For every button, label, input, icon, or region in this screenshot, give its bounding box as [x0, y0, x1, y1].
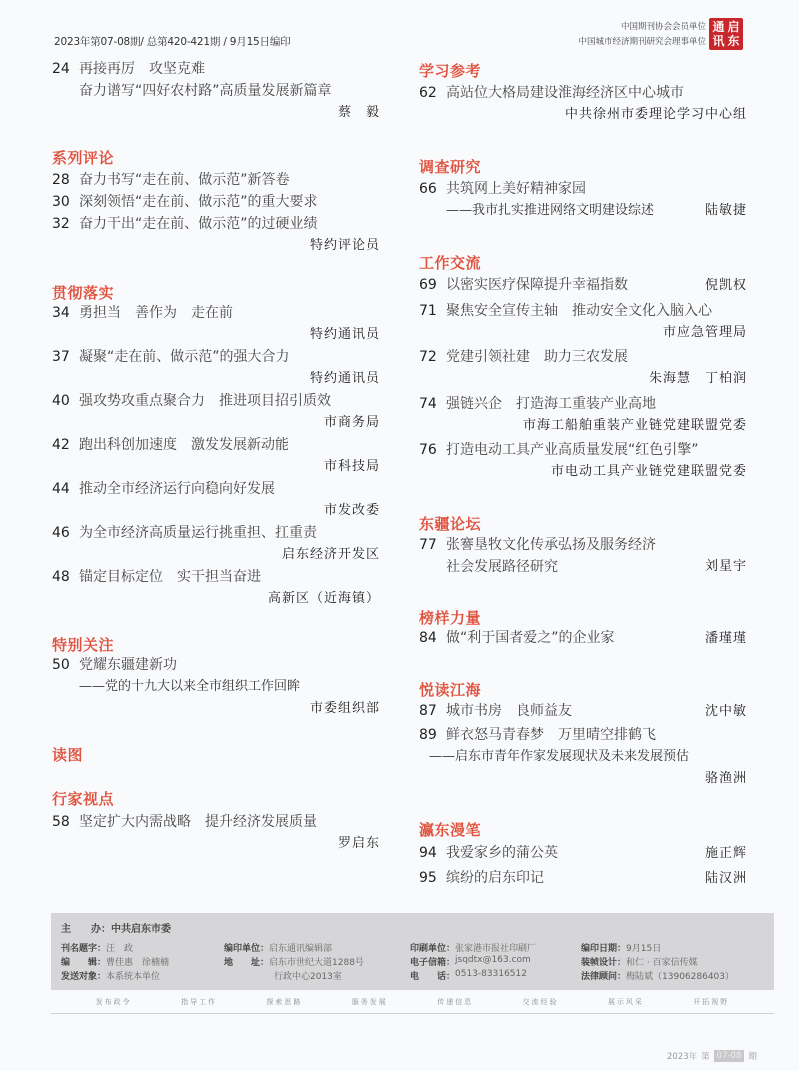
entry-subtitle: ——党的十九大以来全市组织工作回眸 — [79, 676, 300, 698]
section-title: 特别关注 — [52, 634, 114, 655]
toc-entry[interactable]: 37凝聚“走在前、做示范”的强大合力 特约通讯员 — [52, 346, 380, 390]
printer-value: 张家港市报社印刷厂 — [455, 941, 536, 954]
entry-title: 打造电动工具产业高质量发展“红色引擎” — [446, 439, 699, 459]
slogan: 服务发展 — [352, 997, 388, 1007]
slogan: 发布政令 — [96, 997, 132, 1007]
page-number: 76 — [419, 442, 446, 458]
toc-entry[interactable]: 50党耀东疆建新功 ——党的十九大以来全市组织工作回眸 市委组织部 — [52, 654, 380, 720]
section-title: 悦读江海 — [419, 679, 481, 700]
page-number: 46 — [52, 525, 79, 541]
toc-entry[interactable]: 94我爱家乡的蒲公英施正辉 — [419, 842, 747, 864]
printer-label: 印刷单位： — [410, 941, 455, 954]
editors-label: 编 辑： — [61, 955, 106, 968]
entry-author: 市委组织部 — [52, 698, 380, 720]
page-number: 69 — [419, 277, 446, 293]
page-number: 66 — [419, 181, 446, 197]
page-number: 24 — [52, 61, 79, 77]
page-number: 87 — [419, 703, 446, 719]
toc-entry[interactable]: 62高站位大格局建设淮海经济区中心城市 中共徐州市委理论学习中心组 — [419, 82, 747, 126]
entry-title: 以密实医疗保障提升幸福指数 — [446, 274, 628, 294]
page-number: 71 — [419, 303, 446, 319]
entry-author: 沈中敏 — [705, 700, 747, 719]
entry-title: 城市书房 良师益友 — [446, 700, 572, 720]
entry-author: 中共徐州市委理论学习中心组 — [419, 104, 747, 126]
entry-author: 市电动工具产业链党建联盟党委 — [419, 461, 747, 483]
section-title: 行家视点 — [52, 788, 114, 809]
toc-entry[interactable]: 58坚定扩大内需战略 提升经济发展质量 罗启东 — [52, 811, 380, 855]
entry-author: 市科技局 — [52, 456, 380, 478]
toc-entry[interactable]: 66共筑网上美好精神家园 ——我市扎实推进网络文明建设综述陆敏捷 — [419, 178, 747, 222]
toc-entry[interactable]: 71聚焦安全宣传主轴 推动安全文化入脑入心 市应急管理局 — [419, 300, 747, 344]
entry-title: 再接再厉 攻坚克难 — [79, 58, 205, 78]
page-number: 84 — [419, 630, 446, 646]
footer-issue-number: 07-08 — [714, 1050, 745, 1062]
email-label: 电子信箱： — [410, 955, 455, 968]
seal-char: 东 — [726, 34, 741, 48]
entry-title: 张謇垦牧文化传承弘扬及服务经济 — [446, 534, 656, 554]
entry-author: 市商务局 — [52, 412, 380, 434]
colophon-box: 主 办：中共启东市委 刊名题字：汪 政 编 辑：曹佳惠 徐楠楠 发送对象：本系统… — [51, 913, 774, 990]
org-line-2: 中国城市经济期刊研究会理事单位 — [578, 35, 706, 50]
section-title: 学习参考 — [419, 60, 481, 81]
page-number: 44 — [52, 481, 79, 497]
publisher-value: 启东通讯编辑部 — [269, 941, 332, 954]
entry-title: 锚定目标定位 实干担当奋进 — [79, 566, 261, 586]
toc-entry[interactable]: 72党建引领社建 助力三农发展 朱海慧 丁柏润 — [419, 346, 747, 390]
entry-title: 高站位大格局建设淮海经济区中心城市 — [446, 82, 684, 102]
entry-author: 特约评论员 — [52, 235, 380, 257]
entry-title: 党建引领社建 助力三农发展 — [446, 346, 628, 366]
page-footer: 2023年 第 07-08 期 — [667, 1050, 757, 1062]
distribution-label: 发送对象： — [61, 969, 106, 982]
seal-char: 讯 — [711, 34, 726, 48]
entry-author: 刘星宇 — [705, 556, 747, 578]
entry-title: 共筑网上美好精神家园 — [446, 178, 586, 198]
entry-title: 强链兴企 打造海工重装产业高地 — [446, 393, 656, 413]
section-title: 系列评论 — [52, 147, 114, 168]
entry-title: 党耀东疆建新功 — [79, 654, 177, 674]
toc-entry[interactable]: 44推动全市经济运行向稳向好发展 市发改委 — [52, 478, 380, 522]
sponsor-label: 主 办： — [61, 920, 111, 935]
entry-title: 我爱家乡的蒲公英 — [446, 842, 558, 862]
calligraphy-value: 汪 政 — [106, 941, 133, 954]
entry-author: 倪凯权 — [705, 274, 747, 293]
distribution-value: 本系统本单位 — [106, 969, 160, 982]
entry-author: 陆敏捷 — [705, 200, 747, 222]
design-value: 和仁 · 百家信传媒 — [626, 955, 698, 968]
toc-entry[interactable]: 95缤纷的启东印记陆汉洲 — [419, 867, 747, 889]
entry-author: 骆渔洲 — [419, 768, 747, 790]
page-number: 42 — [52, 437, 79, 453]
entry-subtitle: ——启东市青年作家发展现状及未来发展预估 — [429, 746, 689, 768]
slogan: 开拓视野 — [693, 997, 729, 1007]
entry-author: 启东经济开发区 — [52, 544, 380, 566]
entry-author: 特约通讯员 — [52, 368, 380, 390]
page-number: 50 — [52, 657, 79, 673]
footer-year: 2023年 — [667, 1050, 697, 1062]
toc-entry[interactable]: 48锚定目标定位 实干担当奋进 高新区（近海镇） — [52, 566, 380, 610]
toc-entry[interactable]: 42跑出科创加速度 激发发展新动能 市科技局 — [52, 434, 380, 478]
entry-title: 为全市经济高质量运行挑重担、扛重责 — [79, 522, 317, 542]
toc-entry[interactable]: 34勇担当 善作为 走在前 特约通讯员 — [52, 302, 380, 346]
section-title: 贯彻落实 — [52, 282, 114, 303]
toc-entry[interactable]: 74强链兴企 打造海工重装产业高地 市海工船舶重装产业链党建联盟党委 — [419, 393, 747, 437]
entry-author: 罗启东 — [52, 833, 380, 855]
entry-title-line2: 社会发展路径研究 — [446, 556, 558, 578]
address-value-line2: 行政中心2013室 — [274, 969, 342, 982]
entry-author: 朱海慧 丁柏润 — [419, 368, 747, 390]
page-number: 74 — [419, 396, 446, 412]
entry-title: 鲜衣怒马青春梦 万里晴空排鹤飞 — [446, 724, 656, 744]
slogan: 展示风采 — [608, 997, 644, 1007]
design-label: 装帧设计： — [581, 955, 626, 968]
toc-entry[interactable]: 84做“利于国者爱之”的企业家潘瑾瑾 — [419, 627, 747, 649]
toc-entry-group[interactable]: 28奋力书写“走在前、做示范”新答卷 30深刻领悟“走在前、做示范”的重大要求 … — [52, 169, 380, 257]
entry-author: 高新区（近海镇） — [52, 588, 380, 610]
section-title: 瀛东漫笔 — [419, 819, 481, 840]
page-number: 30 — [52, 194, 79, 210]
page-number: 37 — [52, 349, 79, 365]
entry-title: 深刻领悟“走在前、做示范”的重大要求 — [79, 191, 318, 211]
entry-subtitle: ——我市扎实推进网络文明建设综述 — [446, 200, 654, 222]
calligraphy-label: 刊名题字： — [61, 941, 106, 954]
toc-entry[interactable]: 40强攻势攻重点聚合力 推进项目招引质效 市商务局 — [52, 390, 380, 434]
page-number: 62 — [419, 85, 446, 101]
org-affiliations: 中国期刊协会会员单位 中国城市经济期刊研究会理事单位 — [578, 20, 706, 50]
legal-label: 法律顾问： — [581, 969, 626, 982]
page-number: 28 — [52, 172, 79, 188]
phone-value: 0513-83316512 — [455, 969, 527, 982]
entry-title: 聚焦安全宣传主轴 推动安全文化入脑入心 — [446, 300, 712, 320]
footer-qi: 期 — [748, 1050, 757, 1062]
toc-entry[interactable]: 76打造电动工具产业高质量发展“红色引擎” 市电动工具产业链党建联盟党委 — [419, 439, 747, 483]
entry-author: 蔡 毅 — [52, 102, 380, 124]
page-number: 95 — [419, 870, 446, 886]
org-line-1: 中国期刊协会会员单位 — [578, 20, 706, 35]
issue-line: 2023年第07-08期/ 总第420-421期 / 9月15日编印 — [54, 34, 290, 49]
entry-title-line2: 奋力谱写“四好农村路”高质量发展新篇章 — [79, 80, 332, 102]
page-number: 94 — [419, 845, 446, 861]
toc-entry[interactable]: 89鲜衣怒马青春梦 万里晴空排鹤飞 ——启东市青年作家发展现状及未来发展预估 骆… — [419, 724, 747, 790]
entry-author: 特约通讯员 — [52, 324, 380, 346]
date-label: 编印日期： — [581, 941, 626, 954]
address-value: 启东市世纪大道1288号 — [269, 955, 364, 968]
entry-author: 市发改委 — [52, 500, 380, 522]
entry-title: 奋力干出“走在前、做示范”的过硬业绩 — [79, 213, 318, 233]
page-number: 32 — [52, 216, 79, 232]
toc-entry[interactable]: 87城市书房 良师益友沈中敏 — [419, 700, 747, 722]
editors-value: 曹佳惠 徐楠楠 — [106, 955, 169, 968]
entry-title: 凝聚“走在前、做示范”的强大合力 — [79, 346, 290, 366]
entry-author: 市海工船舶重装产业链党建联盟党委 — [419, 415, 747, 437]
publisher-label: 编印单位： — [224, 941, 269, 954]
slogan: 传递信息 — [437, 997, 473, 1007]
page-number: 72 — [419, 349, 446, 365]
date-value: 9月15日 — [626, 941, 661, 954]
email-value[interactable]: jsqdtx@163.com — [455, 955, 531, 968]
entry-author: 市应急管理局 — [419, 322, 747, 344]
entry-title: 奋力书写“走在前、做示范”新答卷 — [79, 169, 290, 189]
entry-author: 陆汉洲 — [705, 867, 747, 886]
page-number: 89 — [419, 727, 446, 743]
page-number: 40 — [52, 393, 79, 409]
phone-label: 电 话： — [410, 969, 455, 982]
toc-entry[interactable]: 46为全市经济高质量运行挑重担、扛重责 启东经济开发区 — [52, 522, 380, 566]
seal-char: 启 — [726, 20, 741, 34]
section-title: 调查研究 — [419, 156, 481, 177]
toc-entry[interactable]: 24再接再厉 攻坚克难 奋力谱写“四好农村路”高质量发展新篇章 蔡 毅 — [52, 58, 380, 124]
entry-title: 坚定扩大内需战略 提升经济发展质量 — [79, 811, 317, 831]
slogan: 指导工作 — [181, 997, 217, 1007]
slogan-bar: 发布政令 指导工作 探索思路 服务发展 传递信息 交流经验 展示风采 开拓视野 — [51, 991, 774, 1014]
entry-title: 推动全市经济运行向稳向好发展 — [79, 478, 275, 498]
section-title: 榜样力量 — [419, 607, 481, 628]
toc-entry[interactable]: 69以密实医疗保障提升幸福指数倪凯权 — [419, 274, 747, 296]
entry-title: 做“利于国者爱之”的企业家 — [446, 627, 615, 647]
address-label: 地 址： — [224, 955, 269, 968]
footer-di: 第 — [701, 1050, 710, 1062]
page-number: 58 — [52, 814, 79, 830]
page-number: 48 — [52, 569, 79, 585]
toc-entry[interactable]: 77张謇垦牧文化传承弘扬及服务经济 社会发展路径研究刘星宇 — [419, 534, 747, 578]
section-title: 工作交流 — [419, 252, 481, 273]
seal-logo-icon: 通 启 讯 东 — [709, 18, 743, 50]
entry-title: 缤纷的启东印记 — [446, 867, 544, 887]
slogan: 探索思路 — [266, 997, 302, 1007]
page-number: 77 — [419, 537, 446, 553]
entry-author: 施正辉 — [705, 842, 747, 861]
entry-title: 跑出科创加速度 激发发展新动能 — [79, 434, 289, 454]
entry-title: 强攻势攻重点聚合力 推进项目招引质效 — [79, 390, 331, 410]
entry-author: 潘瑾瑾 — [705, 627, 747, 646]
section-title: 东疆论坛 — [419, 513, 481, 534]
section-title: 读图 — [52, 744, 83, 765]
sponsor-value: 中共启东市委 — [111, 920, 171, 935]
entry-title: 勇担当 善作为 走在前 — [79, 302, 233, 322]
page-number: 34 — [52, 305, 79, 321]
seal-char: 通 — [711, 20, 726, 34]
slogan: 交流经验 — [523, 997, 559, 1007]
legal-value: 梅陆斌（13906286403） — [626, 969, 734, 982]
